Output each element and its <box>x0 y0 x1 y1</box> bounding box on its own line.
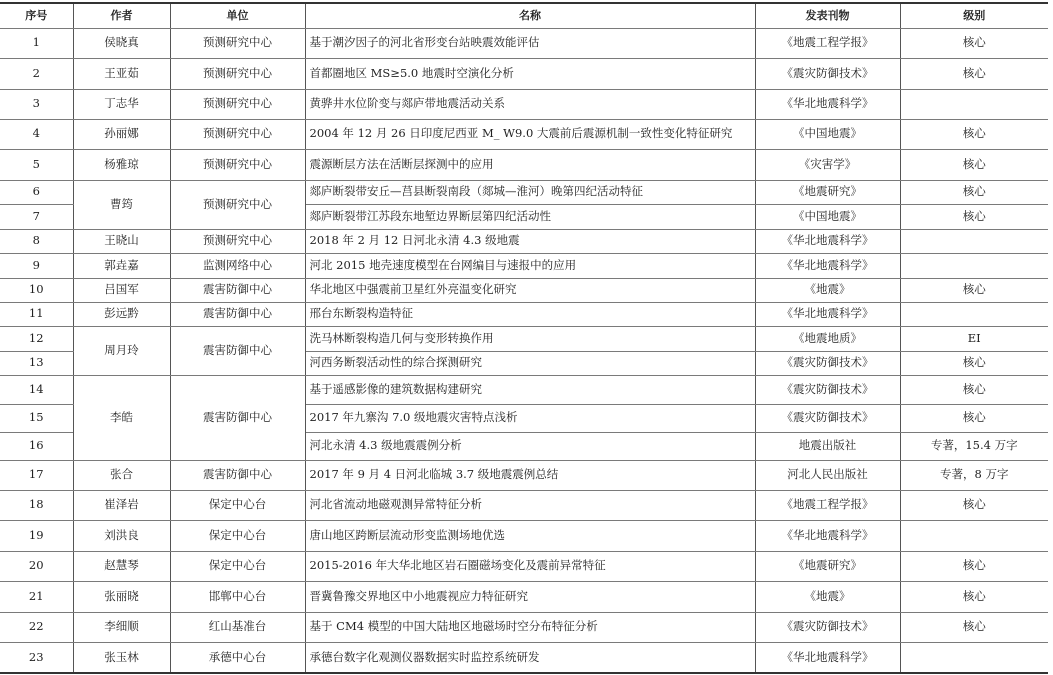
cell-no: 6 <box>0 180 73 204</box>
cell-title: 河西务断裂活动性的综合探测研究 <box>305 351 755 375</box>
cell-level: 核心 <box>900 58 1048 89</box>
cell-no: 9 <box>0 253 73 278</box>
table-row: 14李皓震害防御中心基于遥感影像的建筑数据构建研究《震灾防御技术》核心 <box>0 375 1048 404</box>
cell-title: 邢台东断裂构造特征 <box>305 302 755 326</box>
cell-title: 基于潮汐因子的河北省形变台站映震效能评估 <box>305 28 755 58</box>
cell-level: 核心 <box>900 278 1048 302</box>
cell-unit: 震害防御中心 <box>170 460 305 490</box>
cell-journal: 《中国地震》 <box>755 204 900 229</box>
cell-author: 李细顺 <box>73 612 170 642</box>
cell-author: 郭垚嘉 <box>73 253 170 278</box>
table-row: 2王亚茹预测研究中心首都圈地区 MS≥5.0 地震时空演化分析《震灾防御技术》核… <box>0 58 1048 89</box>
cell-title: 2017 年 9 月 4 日河北临城 3.7 级地震震例总结 <box>305 460 755 490</box>
cell-unit: 预测研究中心 <box>170 180 305 229</box>
table-row: 23张玉林承德中心台承德台数字化观测仪器数据实时监控系统研发《华北地震科学》 <box>0 642 1048 673</box>
cell-title: 河北永清 4.3 级地震震例分析 <box>305 432 755 460</box>
cell-level: 核心 <box>900 149 1048 180</box>
cell-level <box>900 642 1048 673</box>
cell-title: 首都圈地区 MS≥5.0 地震时空演化分析 <box>305 58 755 89</box>
header-author: 作者 <box>73 3 170 28</box>
header-title: 名称 <box>305 3 755 28</box>
table-row: 11彭远黔震害防御中心邢台东断裂构造特征《华北地震科学》 <box>0 302 1048 326</box>
table-row: 9郭垚嘉监测网络中心河北 2015 地壳速度模型在台网编目与速报中的应用《华北地… <box>0 253 1048 278</box>
cell-no: 12 <box>0 326 73 351</box>
cell-unit: 预测研究中心 <box>170 58 305 89</box>
cell-journal: 《中国地震》 <box>755 119 900 149</box>
table-row: 20赵慧琴保定中心台2015-2016 年大华北地区岩石圈磁场变化及震前异常特征… <box>0 551 1048 581</box>
cell-no: 13 <box>0 351 73 375</box>
table-row: 6曹筠预测研究中心郯庐断裂带安丘—莒县断裂南段（郯城—淮河）晚第四纪活动特征《地… <box>0 180 1048 204</box>
cell-title: 2018 年 2 月 12 日河北永清 4.3 级地震 <box>305 229 755 253</box>
cell-unit: 保定中心台 <box>170 520 305 551</box>
cell-journal: 《震灾防御技术》 <box>755 612 900 642</box>
cell-journal: 《灾害学》 <box>755 149 900 180</box>
cell-no: 15 <box>0 404 73 432</box>
table-row: 12周月玲震害防御中心洗马林断裂构造几何与变形转换作用《地震地质》EI <box>0 326 1048 351</box>
cell-title: 唐山地区跨断层流动形变监测场地优选 <box>305 520 755 551</box>
cell-level: 核心 <box>900 204 1048 229</box>
cell-author: 李皓 <box>73 375 170 460</box>
header-level: 级别 <box>900 3 1048 28</box>
table-row: 21张丽晓邯郸中心台晋冀鲁豫交界地区中小地震视应力特征研究《地震》核心 <box>0 581 1048 612</box>
cell-author: 张丽晓 <box>73 581 170 612</box>
cell-author: 曹筠 <box>73 180 170 229</box>
cell-no: 7 <box>0 204 73 229</box>
cell-level: 专著，15.4 万字 <box>900 432 1048 460</box>
table-row: 3丁志华预测研究中心黄骅井水位阶变与郯庐带地震活动关系《华北地震科学》 <box>0 89 1048 119</box>
cell-title: 2015-2016 年大华北地区岩石圈磁场变化及震前异常特征 <box>305 551 755 581</box>
cell-no: 11 <box>0 302 73 326</box>
cell-author: 周月玲 <box>73 326 170 375</box>
cell-level: 核心 <box>900 490 1048 520</box>
cell-journal: 《震灾防御技术》 <box>755 404 900 432</box>
cell-level: 专著，8 万字 <box>900 460 1048 490</box>
cell-title: 晋冀鲁豫交界地区中小地震视应力特征研究 <box>305 581 755 612</box>
cell-unit: 监测网络中心 <box>170 253 305 278</box>
cell-level: 核心 <box>900 375 1048 404</box>
cell-author: 王晓山 <box>73 229 170 253</box>
cell-level <box>900 302 1048 326</box>
cell-title: 郯庐断裂带江苏段东地堑边界断层第四纪活动性 <box>305 204 755 229</box>
cell-title: 2017 年九寨沟 7.0 级地震灾害特点浅析 <box>305 404 755 432</box>
cell-title: 承德台数字化观测仪器数据实时监控系统研发 <box>305 642 755 673</box>
cell-author: 侯晓真 <box>73 28 170 58</box>
cell-journal: 《地震》 <box>755 581 900 612</box>
cell-author: 张玉林 <box>73 642 170 673</box>
publications-table: 序号 作者 单位 名称 发表刊物 级别 1侯晓真预测研究中心基于潮汐因子的河北省… <box>0 2 1048 674</box>
cell-journal: 《地震工程学报》 <box>755 28 900 58</box>
cell-no: 4 <box>0 119 73 149</box>
cell-author: 赵慧琴 <box>73 551 170 581</box>
table-row: 4孙丽娜预测研究中心2004 年 12 月 26 日印度尼西亚 M_ W9.0 … <box>0 119 1048 149</box>
cell-journal: 《震灾防御技术》 <box>755 351 900 375</box>
cell-journal: 《地震研究》 <box>755 551 900 581</box>
cell-author: 崔泽岩 <box>73 490 170 520</box>
cell-no: 8 <box>0 229 73 253</box>
cell-no: 3 <box>0 89 73 119</box>
cell-unit: 预测研究中心 <box>170 149 305 180</box>
cell-no: 17 <box>0 460 73 490</box>
cell-journal: 《地震工程学报》 <box>755 490 900 520</box>
cell-no: 1 <box>0 28 73 58</box>
cell-title: 基于 CM4 模型的中国大陆地区地磁场时空分布特征分析 <box>305 612 755 642</box>
cell-author: 杨雅琼 <box>73 149 170 180</box>
cell-unit: 预测研究中心 <box>170 89 305 119</box>
cell-level <box>900 89 1048 119</box>
cell-no: 19 <box>0 520 73 551</box>
cell-no: 20 <box>0 551 73 581</box>
cell-journal: 《华北地震科学》 <box>755 642 900 673</box>
cell-level: 核心 <box>900 551 1048 581</box>
cell-title: 河北 2015 地壳速度模型在台网编目与速报中的应用 <box>305 253 755 278</box>
cell-journal: 《华北地震科学》 <box>755 229 900 253</box>
header-no: 序号 <box>0 3 73 28</box>
cell-level: EI <box>900 326 1048 351</box>
cell-level: 核心 <box>900 581 1048 612</box>
cell-journal: 地震出版社 <box>755 432 900 460</box>
cell-no: 22 <box>0 612 73 642</box>
cell-no: 10 <box>0 278 73 302</box>
cell-unit: 红山基准台 <box>170 612 305 642</box>
cell-author: 吕国军 <box>73 278 170 302</box>
cell-author: 彭远黔 <box>73 302 170 326</box>
cell-journal: 《地震》 <box>755 278 900 302</box>
cell-title: 洗马林断裂构造几何与变形转换作用 <box>305 326 755 351</box>
cell-title: 黄骅井水位阶变与郯庐带地震活动关系 <box>305 89 755 119</box>
cell-title: 基于遥感影像的建筑数据构建研究 <box>305 375 755 404</box>
cell-no: 2 <box>0 58 73 89</box>
cell-journal: 《华北地震科学》 <box>755 253 900 278</box>
table-row: 22李细顺红山基准台基于 CM4 模型的中国大陆地区地磁场时空分布特征分析《震灾… <box>0 612 1048 642</box>
cell-title: 郯庐断裂带安丘—莒县断裂南段（郯城—淮河）晚第四纪活动特征 <box>305 180 755 204</box>
cell-unit: 邯郸中心台 <box>170 581 305 612</box>
cell-journal: 《华北地震科学》 <box>755 89 900 119</box>
cell-unit: 震害防御中心 <box>170 302 305 326</box>
cell-journal: 《华北地震科学》 <box>755 520 900 551</box>
cell-unit: 震害防御中心 <box>170 375 305 460</box>
cell-level: 核心 <box>900 404 1048 432</box>
cell-journal: 《地震研究》 <box>755 180 900 204</box>
cell-unit: 预测研究中心 <box>170 229 305 253</box>
cell-unit: 预测研究中心 <box>170 28 305 58</box>
cell-unit: 承德中心台 <box>170 642 305 673</box>
cell-unit: 震害防御中心 <box>170 326 305 375</box>
cell-author: 张合 <box>73 460 170 490</box>
cell-no: 23 <box>0 642 73 673</box>
header-row: 序号 作者 单位 名称 发表刊物 级别 <box>0 3 1048 28</box>
cell-level <box>900 253 1048 278</box>
cell-author: 丁志华 <box>73 89 170 119</box>
cell-unit: 保定中心台 <box>170 490 305 520</box>
cell-no: 16 <box>0 432 73 460</box>
table-row: 19刘洪良保定中心台唐山地区跨断层流动形变监测场地优选《华北地震科学》 <box>0 520 1048 551</box>
cell-level: 核心 <box>900 180 1048 204</box>
cell-no: 21 <box>0 581 73 612</box>
cell-level: 核心 <box>900 351 1048 375</box>
cell-unit: 预测研究中心 <box>170 119 305 149</box>
cell-title: 2004 年 12 月 26 日印度尼西亚 M_ W9.0 大震前后震源机制一致… <box>305 119 755 149</box>
cell-journal: 河北人民出版社 <box>755 460 900 490</box>
cell-journal: 《华北地震科学》 <box>755 302 900 326</box>
table-row: 5杨雅琼预测研究中心震源断层方法在活断层探测中的应用《灾害学》核心 <box>0 149 1048 180</box>
cell-author: 孙丽娜 <box>73 119 170 149</box>
cell-unit: 震害防御中心 <box>170 278 305 302</box>
cell-title: 震源断层方法在活断层探测中的应用 <box>305 149 755 180</box>
cell-level <box>900 229 1048 253</box>
cell-no: 14 <box>0 375 73 404</box>
cell-unit: 保定中心台 <box>170 551 305 581</box>
cell-no: 18 <box>0 490 73 520</box>
table-row: 1侯晓真预测研究中心基于潮汐因子的河北省形变台站映震效能评估《地震工程学报》核心 <box>0 28 1048 58</box>
cell-title: 河北省流动地磁观测异常特征分析 <box>305 490 755 520</box>
cell-level: 核心 <box>900 28 1048 58</box>
cell-level <box>900 520 1048 551</box>
cell-level: 核心 <box>900 612 1048 642</box>
cell-no: 5 <box>0 149 73 180</box>
cell-journal: 《震灾防御技术》 <box>755 58 900 89</box>
table-row: 18崔泽岩保定中心台河北省流动地磁观测异常特征分析《地震工程学报》核心 <box>0 490 1048 520</box>
cell-level: 核心 <box>900 119 1048 149</box>
cell-journal: 《地震地质》 <box>755 326 900 351</box>
cell-author: 王亚茹 <box>73 58 170 89</box>
cell-author: 刘洪良 <box>73 520 170 551</box>
cell-journal: 《震灾防御技术》 <box>755 375 900 404</box>
table-row: 10吕国军震害防御中心华北地区中强震前卫星红外亮温变化研究《地震》核心 <box>0 278 1048 302</box>
table-row: 17张合震害防御中心2017 年 9 月 4 日河北临城 3.7 级地震震例总结… <box>0 460 1048 490</box>
header-journal: 发表刊物 <box>755 3 900 28</box>
table-row: 8王晓山预测研究中心2018 年 2 月 12 日河北永清 4.3 级地震《华北… <box>0 229 1048 253</box>
cell-title: 华北地区中强震前卫星红外亮温变化研究 <box>305 278 755 302</box>
header-unit: 单位 <box>170 3 305 28</box>
